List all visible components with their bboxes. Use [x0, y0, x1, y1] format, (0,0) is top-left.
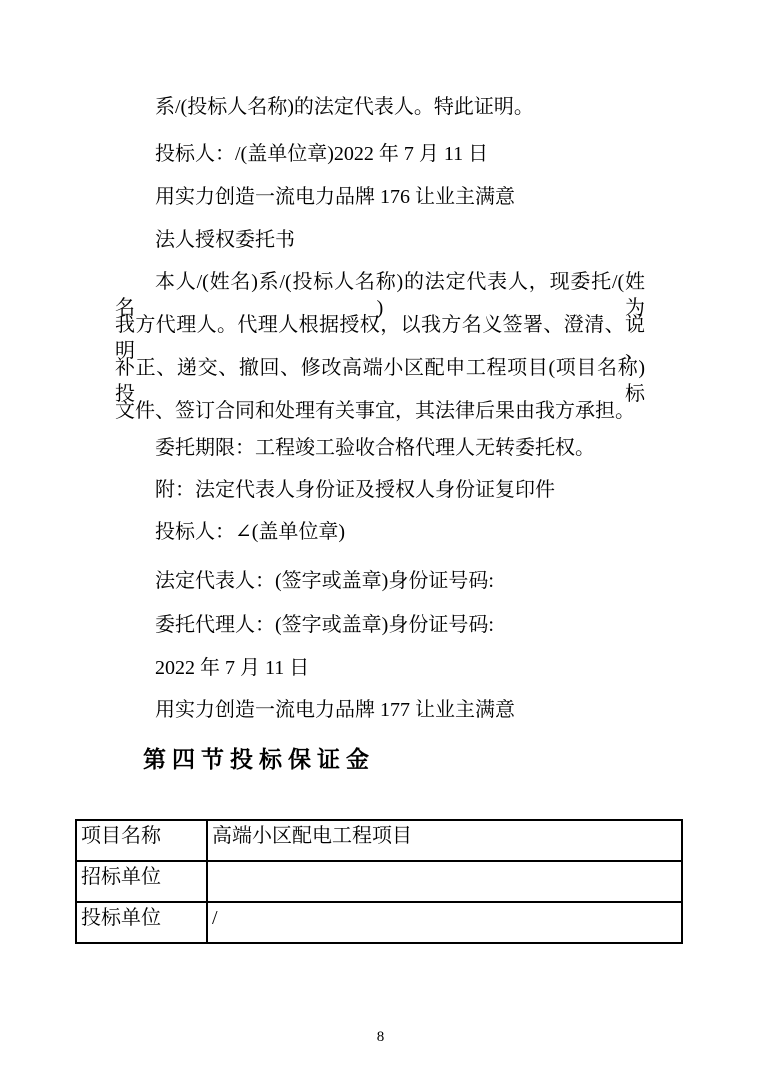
page-number: 8 [0, 1029, 761, 1046]
body-line: 法人授权委托书 [155, 227, 295, 253]
table-cell-label: 项目名称 [76, 820, 207, 861]
body-line: 用实力创造一流电力品牌 176 让业主满意 [155, 184, 515, 210]
table-cell-value: / [207, 902, 682, 943]
section-heading: 第四节投标保证金 [143, 746, 375, 774]
body-line: 2022 年 7 月 11 日 [155, 655, 309, 681]
body-line: 法定代表人：(签字或盖章)身份证号码: [155, 568, 494, 594]
body-line: 附：法定代表人身份证及授权人身份证复印件 [155, 477, 555, 503]
bid-security-table: 项目名称 高端小区配电工程项目 招标单位 投标单位 / [75, 819, 683, 944]
body-line: 委托期限：工程竣工验收合格代理人无转委托权。 [155, 435, 595, 461]
table-cell-value [207, 861, 682, 902]
table-cell-label: 招标单位 [76, 861, 207, 902]
table-cell-label: 投标单位 [76, 902, 207, 943]
body-line: 用实力创造一流电力品牌 177 让业主满意 [155, 697, 515, 723]
body-line: 系/(投标人名称)的法定代表人。特此证明。 [155, 94, 534, 120]
body-line: 文件、签订合同和处理有关事宜，其法律后果由我方承担。 [115, 398, 635, 424]
table-cell-value: 高端小区配电工程项目 [207, 820, 682, 861]
document-page: 系/(投标人名称)的法定代表人。特此证明。 投标人：/(盖单位章)2022 年 … [0, 0, 761, 1077]
body-line: 投标人：/(盖单位章)2022 年 7 月 11 日 [155, 141, 488, 167]
body-line: 投标人：∠(盖单位章) [155, 519, 345, 545]
table-row: 招标单位 [76, 861, 682, 902]
table-row: 投标单位 / [76, 902, 682, 943]
body-line: 委托代理人：(签字或盖章)身份证号码: [155, 612, 494, 638]
table-row: 项目名称 高端小区配电工程项目 [76, 820, 682, 861]
